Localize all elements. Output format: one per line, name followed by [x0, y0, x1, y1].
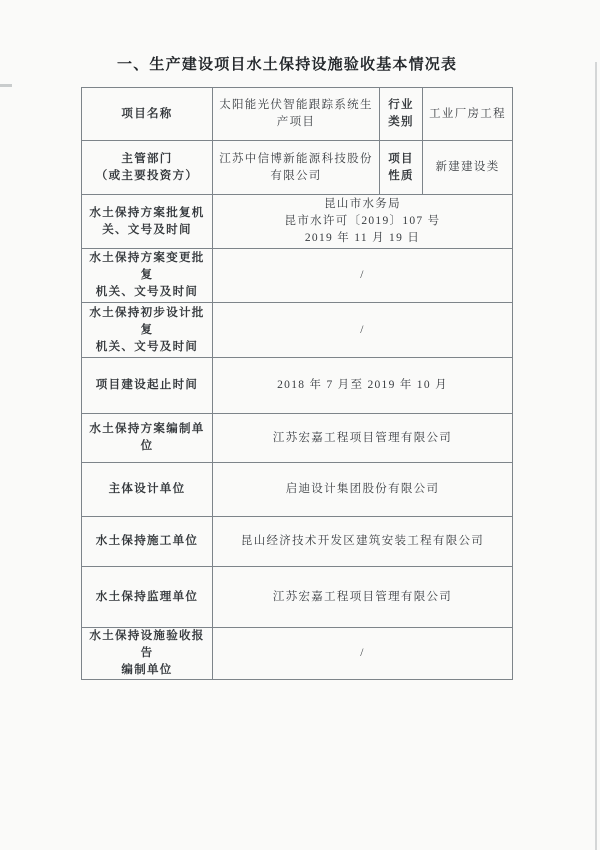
table-row: 水土保持初步设计批复 机关、文号及时间 /	[82, 303, 513, 358]
field-value-construction-unit: 昆山经济技术开发区建筑安装工程有限公司	[213, 517, 513, 567]
table-row: 水土保持施工单位 昆山经济技术开发区建筑安装工程有限公司	[82, 517, 513, 567]
field-label-construction-period: 项目建设起止时间	[82, 358, 213, 414]
field-value-project-nature: 新建建设类	[423, 141, 513, 195]
table-row: 水土保持方案变更批复 机关、文号及时间 /	[82, 249, 513, 303]
field-value-project-name: 太阳能光伏智能跟踪系统生 产项目	[213, 88, 380, 141]
field-label-industry-category: 行业 类别	[380, 88, 423, 141]
field-value-supervision-unit: 江苏宏嘉工程项目管理有限公司	[213, 567, 513, 628]
field-label-plan-compiling-unit: 水土保持方案编制单位	[82, 414, 213, 463]
table-row: 水土保持方案编制单位 江苏宏嘉工程项目管理有限公司	[82, 414, 513, 463]
field-value-preliminary-design-approval: /	[213, 303, 513, 358]
table-row: 主体设计单位 启迪设计集团股份有限公司	[82, 463, 513, 517]
field-label-competent-dept: 主管部门 （或主要投资方）	[82, 141, 213, 195]
field-value-plan-change-approval: /	[213, 249, 513, 303]
acceptance-info-table: 项目名称 太阳能光伏智能跟踪系统生 产项目 行业 类别 工业厂房工程 主管部门 …	[81, 87, 513, 680]
table-row: 水土保持监理单位 江苏宏嘉工程项目管理有限公司	[82, 567, 513, 628]
table-row: 项目建设起止时间 2018 年 7 月至 2019 年 10 月	[82, 358, 513, 414]
field-label-preliminary-design-approval: 水土保持初步设计批复 机关、文号及时间	[82, 303, 213, 358]
field-label-construction-unit: 水土保持施工单位	[82, 517, 213, 567]
scan-mark-artifact	[0, 84, 12, 87]
field-label-supervision-unit: 水土保持监理单位	[82, 567, 213, 628]
field-value-plan-approval: 昆山市水务局 昆市水许可〔2019〕107 号 2019 年 11 月 19 日	[213, 195, 513, 249]
page-title: 一、生产建设项目水土保持设施验收基本情况表	[117, 53, 457, 74]
field-label-plan-change-approval: 水土保持方案变更批复 机关、文号及时间	[82, 249, 213, 303]
field-value-acceptance-report-unit: /	[213, 628, 513, 680]
field-value-industry-category: 工业厂房工程	[423, 88, 513, 141]
table-row: 主管部门 （或主要投资方） 江苏中信博新能源科技股份 有限公司 项目 性质 新建…	[82, 141, 513, 195]
field-label-acceptance-report-unit: 水土保持设施验收报告 编制单位	[82, 628, 213, 680]
field-label-project-nature: 项目 性质	[380, 141, 423, 195]
field-value-main-design-unit: 启迪设计集团股份有限公司	[213, 463, 513, 517]
table-row: 水土保持设施验收报告 编制单位 /	[82, 628, 513, 680]
field-value-construction-period: 2018 年 7 月至 2019 年 10 月	[213, 358, 513, 414]
field-value-plan-compiling-unit: 江苏宏嘉工程项目管理有限公司	[213, 414, 513, 463]
field-label-main-design-unit: 主体设计单位	[82, 463, 213, 517]
scan-edge-artifact	[595, 62, 597, 850]
field-label-plan-approval: 水土保持方案批复机 关、文号及时间	[82, 195, 213, 249]
field-value-competent-dept: 江苏中信博新能源科技股份 有限公司	[213, 141, 380, 195]
field-label-project-name: 项目名称	[82, 88, 213, 141]
table-row: 水土保持方案批复机 关、文号及时间 昆山市水务局 昆市水许可〔2019〕107 …	[82, 195, 513, 249]
table-row: 项目名称 太阳能光伏智能跟踪系统生 产项目 行业 类别 工业厂房工程	[82, 88, 513, 141]
scanned-document-page: 一、生产建设项目水土保持设施验收基本情况表 项目名称 太阳能光伏智能跟踪系统生 …	[0, 0, 600, 850]
